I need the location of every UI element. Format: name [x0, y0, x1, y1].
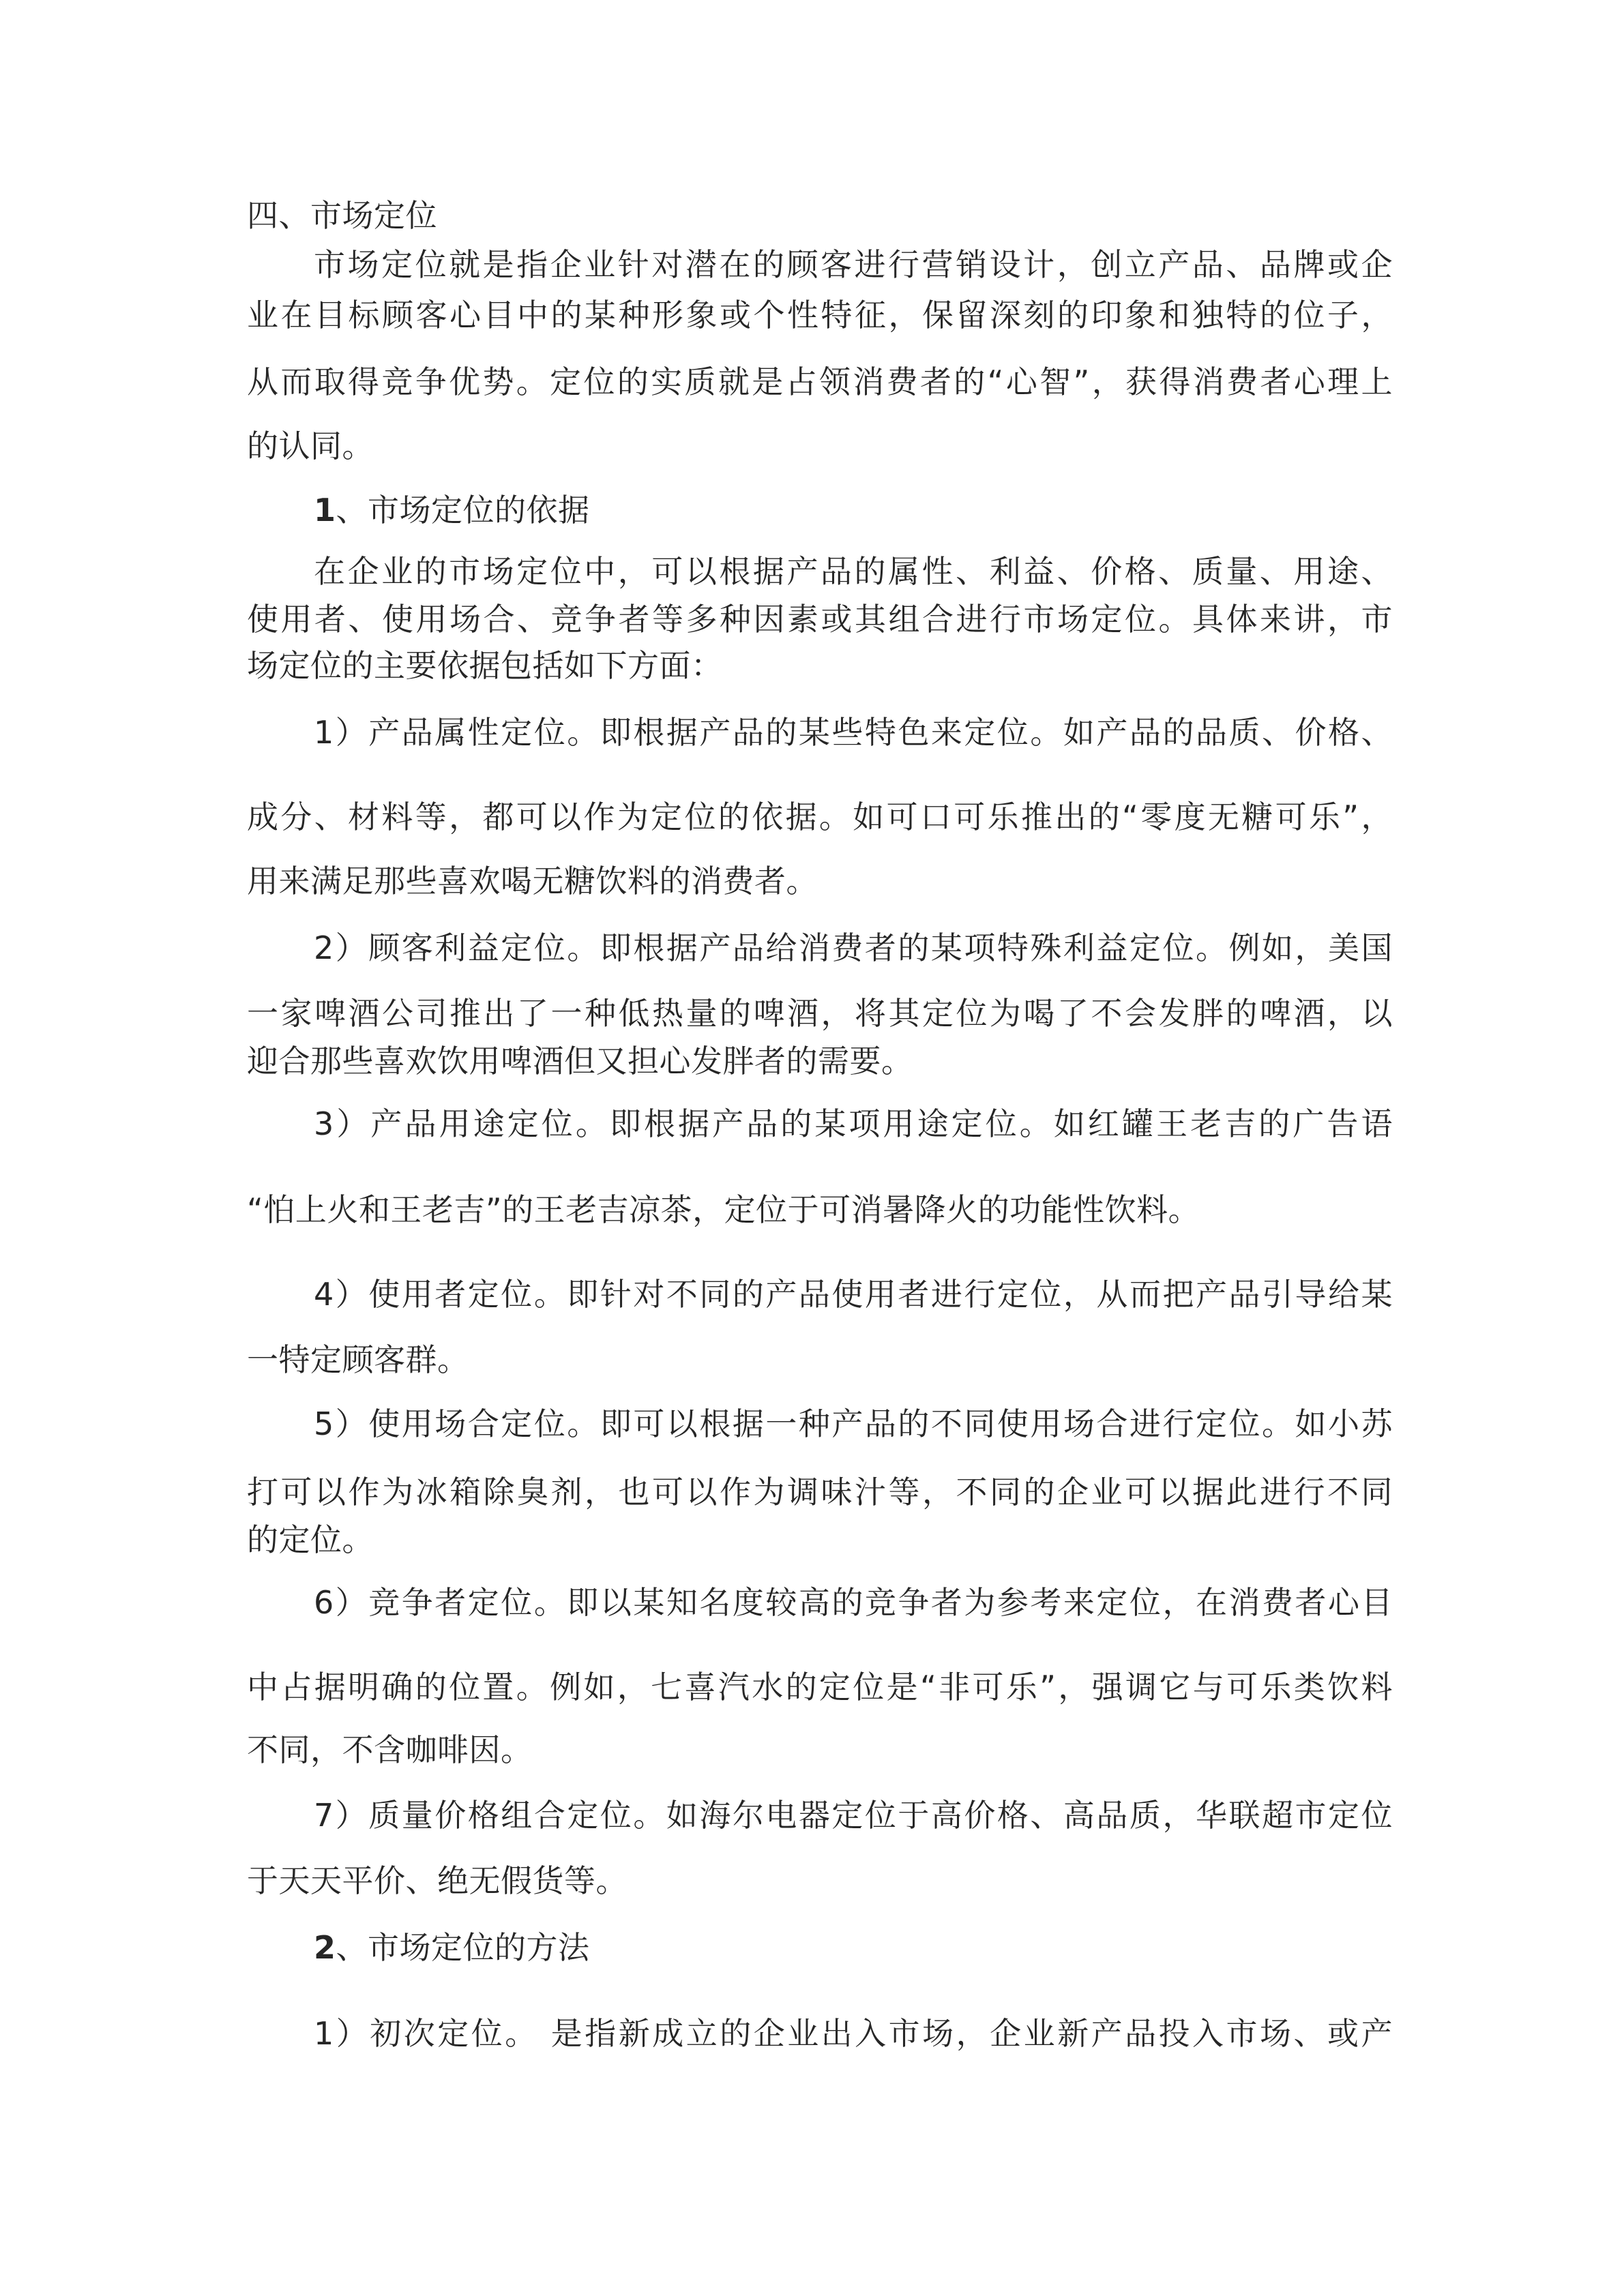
list-item-5-line: 的定位。	[247, 1519, 1393, 1560]
method-item-1-line: 1）初次定位。 是指新成立的企业出入市场，企业新产品投入市场、或产	[314, 2013, 1393, 2054]
list-item-1-line: 成分、材料等，都可以作为定位的依据。如可口可乐推出的“零度无糖可乐”，	[247, 796, 1393, 837]
section-title: 四、市场定位	[247, 195, 1393, 236]
list-item-label: 7）	[314, 1797, 368, 1834]
document-page: 四、市场定位 市场定位就是指企业针对潜在的顾客进行营销设计，创立产品、品牌或企 …	[0, 0, 1624, 2296]
list-item-2-line: 迎合那些喜欢饮用啤酒但又担心发胖者的需要。	[247, 1041, 1393, 1082]
list-item-7-line: 7）质量价格组合定位。如海尔电器定位于高价格、高品质，华联超市定位	[314, 1795, 1393, 1836]
list-item-3-line: “怕上火和王老吉”的王老吉凉茶，定位于可消暑降火的功能性饮料。	[247, 1189, 1393, 1230]
subsection-2-title: 、市场定位的方法	[336, 1929, 590, 1966]
list-item-label: 6）	[314, 1584, 368, 1621]
intro-paragraph-line: 从而取得竞争优势。定位的实质就是占领消费者的“心智”，获得消费者心理上	[247, 361, 1393, 402]
list-item-5-line: 打可以作为冰箱除臭剂，也可以作为调味汁等，不同的企业可以据此进行不同	[247, 1472, 1393, 1512]
subsection-2-number: 2	[314, 1929, 336, 1966]
list-item-label: 4）	[314, 1276, 368, 1313]
intro-paragraph-line: 市场定位就是指企业针对潜在的顾客进行营销设计，创立产品、品牌或企	[314, 244, 1393, 285]
subsection-1-number: 1	[314, 492, 336, 528]
list-item-3-line: 3）产品用途定位。即根据产品的某项用途定位。如红罐王老吉的广告语	[314, 1103, 1393, 1144]
subsection-1-intro-line: 在企业的市场定位中，可以根据产品的属性、利益、价格、质量、用途、	[314, 551, 1393, 592]
list-item-6-line: 6）竞争者定位。即以某知名度较高的竞争者为参考来定位，在消费者心目	[314, 1582, 1393, 1623]
subsection-1-heading: 1、市场定位的依据	[314, 490, 1393, 531]
list-item-label: 1）	[314, 2015, 370, 2052]
subsection-2-heading: 2、市场定位的方法	[314, 1927, 1393, 1968]
list-item-4-line: 4）使用者定位。即针对不同的产品使用者进行定位，从而把产品引导给某	[314, 1274, 1393, 1315]
list-item-label: 3）	[314, 1105, 370, 1142]
subsection-1-intro-line: 使用者、使用场合、竞争者等多种因素或其组合进行市场定位。具体来讲，市	[247, 599, 1393, 640]
list-item-label: 2）	[314, 929, 368, 966]
list-item-2-line: 2）顾客利益定位。即根据产品给消费者的某项特殊利益定位。例如，美国	[314, 927, 1393, 968]
list-item-1-line: 用来满足那些喜欢喝无糖饮料的消费者。	[247, 861, 1393, 901]
list-item-4-line: 一特定顾客群。	[247, 1339, 1393, 1380]
subsection-1-title: 、市场定位的依据	[336, 492, 590, 528]
intro-paragraph-line: 业在目标顾客心目中的某种形象或个性特征，保留深刻的印象和独特的位子，	[247, 295, 1393, 336]
list-item-7-line: 于天天平价、绝无假货等。	[247, 1860, 1393, 1901]
list-item-2-line: 一家啤酒公司推出了一种低热量的啤酒，将其定位为喝了不会发胖的啤酒，以	[247, 993, 1393, 1034]
intro-paragraph-line: 的认同。	[247, 426, 1393, 466]
list-item-6-line: 不同，不含咖啡因。	[247, 1729, 1393, 1770]
list-item-6-line: 中占据明确的位置。例如，七喜汽水的定位是“非可乐”，强调它与可乐类饮料	[247, 1667, 1393, 1708]
list-item-label: 1）	[314, 714, 368, 751]
list-item-5-line: 5）使用场合定位。即可以根据一种产品的不同使用场合进行定位。如小苏	[314, 1403, 1393, 1444]
subsection-1-intro-line: 场定位的主要依据包括如下方面：	[247, 645, 1393, 686]
list-item-1-line: 1）产品属性定位。即根据产品的某些特色来定位。如产品的品质、价格、	[314, 712, 1393, 753]
list-item-label: 5）	[314, 1405, 368, 1442]
